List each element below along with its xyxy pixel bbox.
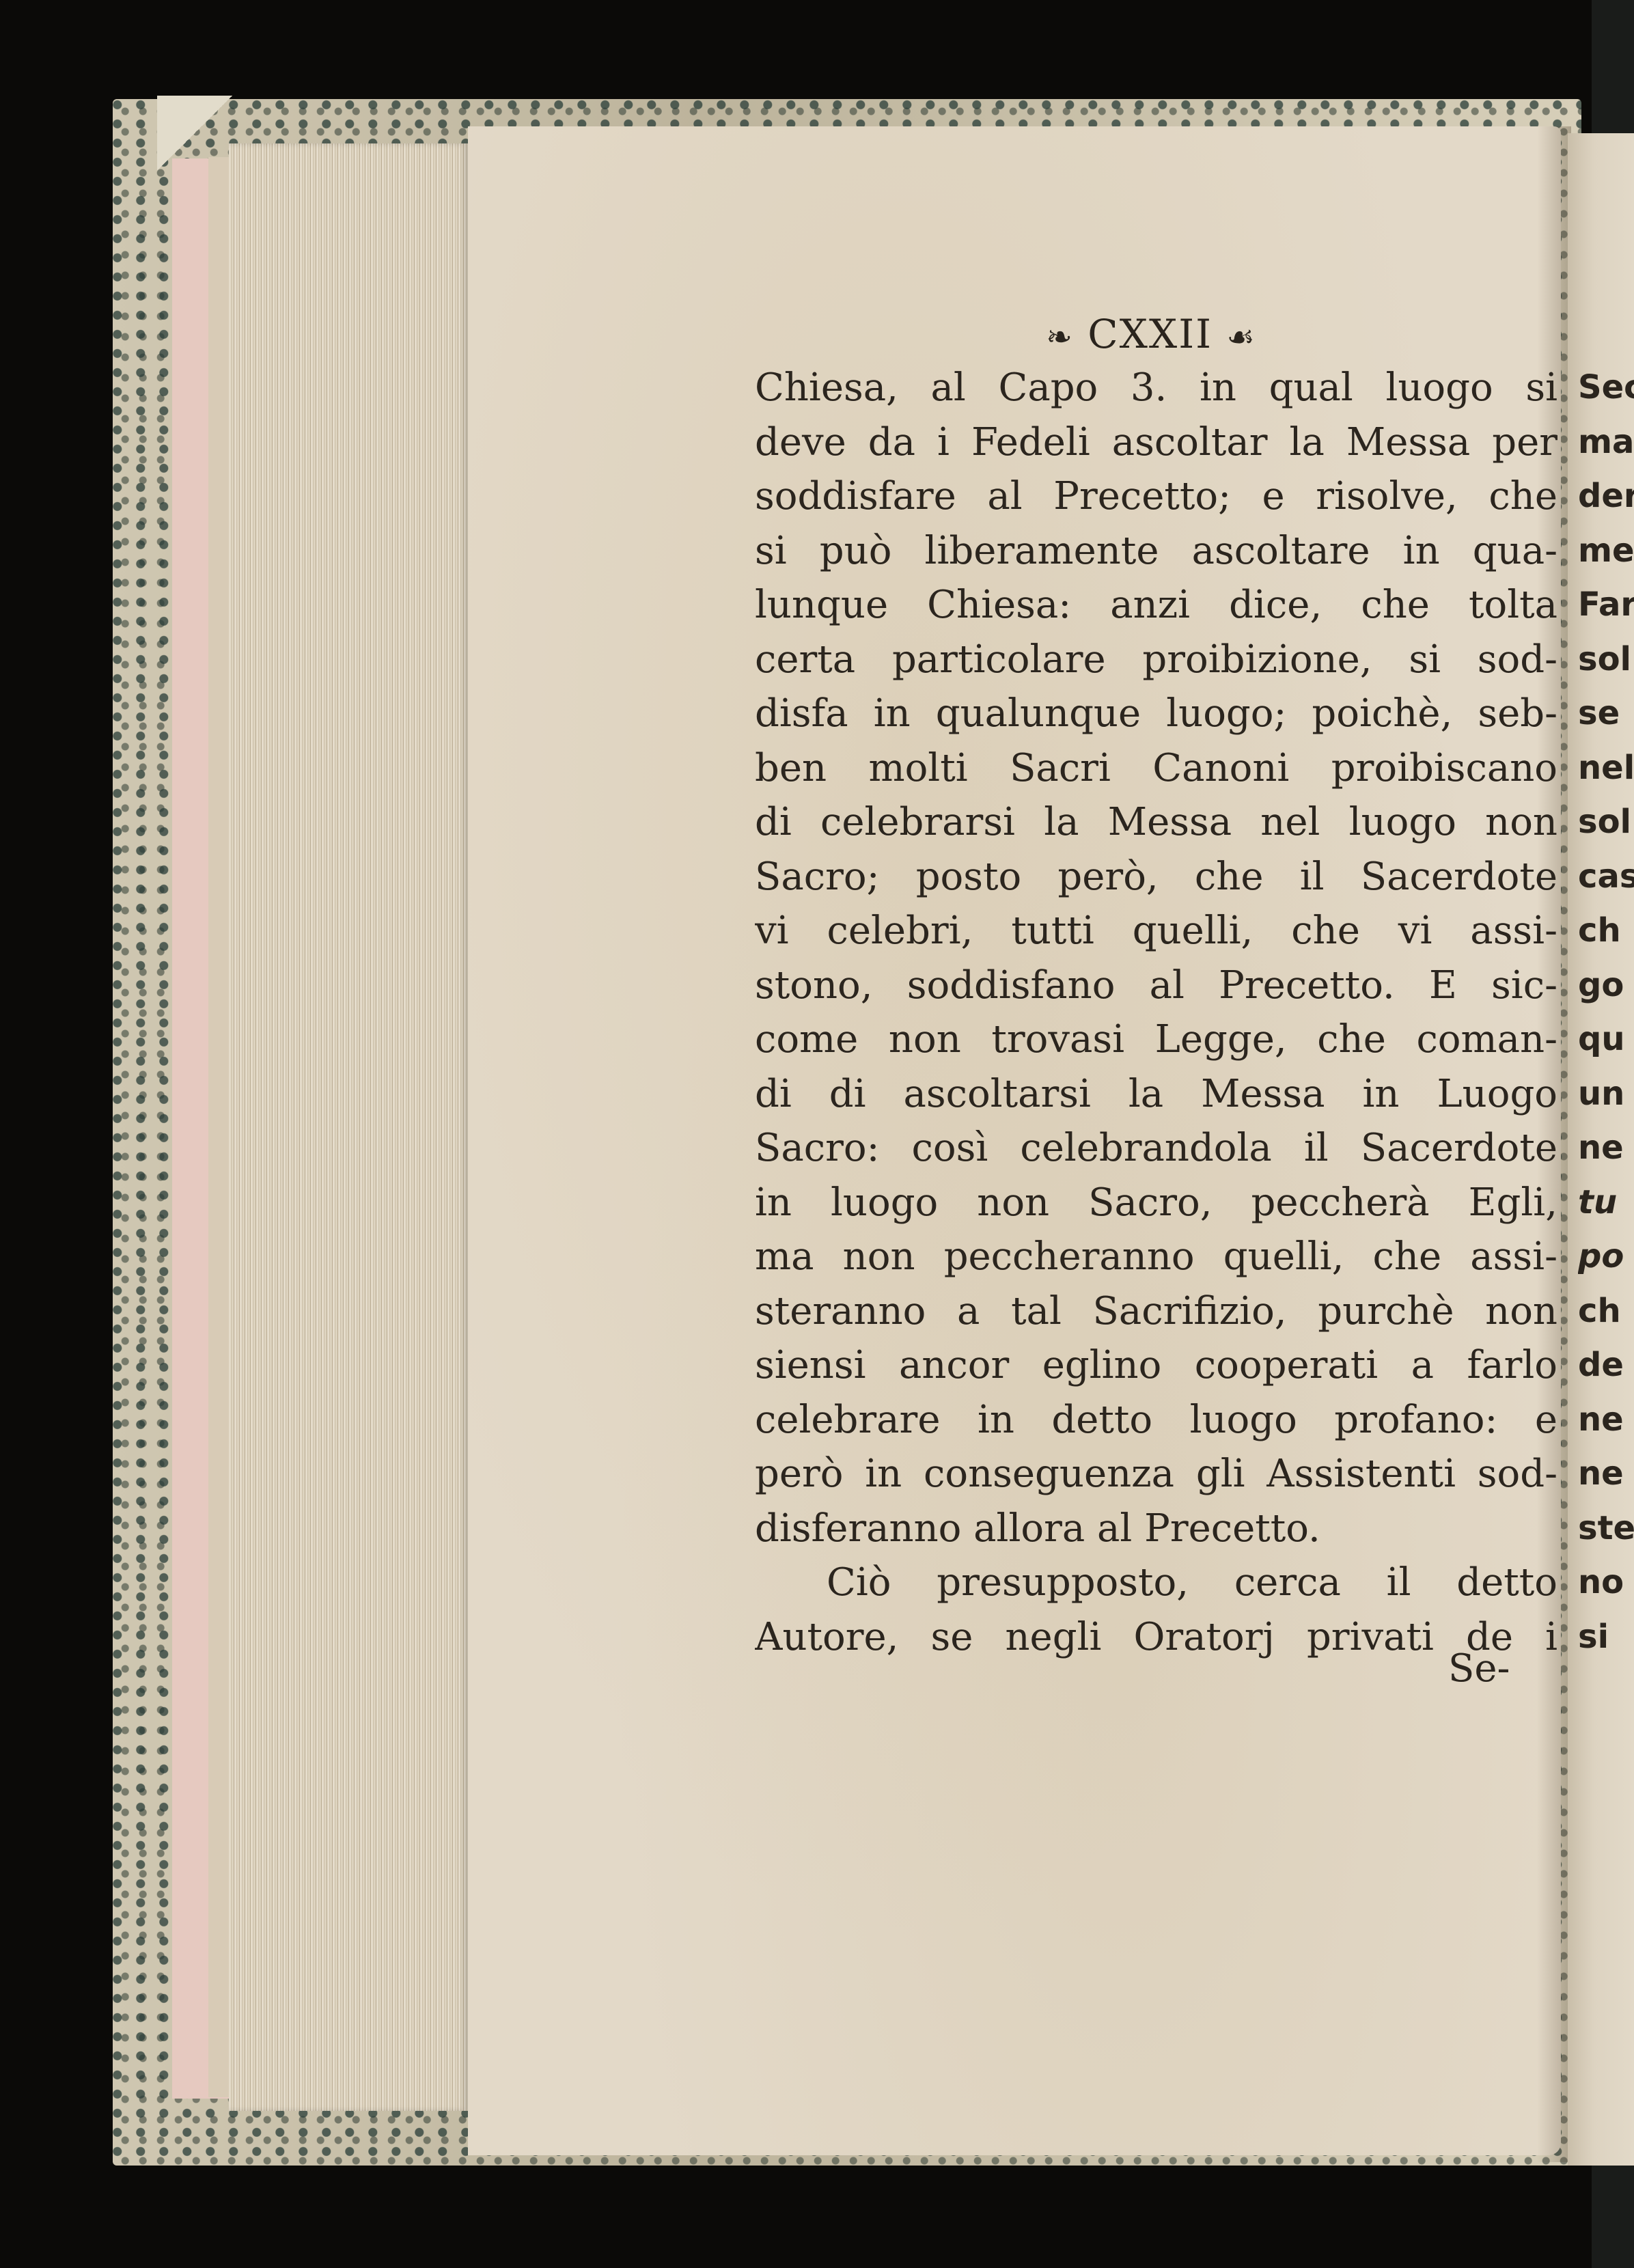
facing-line: Sec [1578,361,1634,415]
facing-line: ne [1578,1121,1634,1176]
facing-line: me [1578,524,1634,579]
text-line: Sacro; posto però, che il Sacerdote [755,850,1557,904]
facing-line: ch [1578,904,1634,958]
text-line: deve da i Fedeli ascoltar la Messa per [755,415,1557,470]
text-line: disferanno allora al Precetto. [755,1502,1557,1556]
page-number: CXXII [1088,311,1213,357]
text-line: stono, soddisfano al Precetto. E sic- [755,958,1557,1013]
facing-line: sol [1578,795,1634,850]
text-line: però in conseguenza gli Assistenti sod- [755,1447,1557,1502]
facing-line: ch [1578,1284,1634,1339]
facing-line: si [1578,1610,1634,1665]
facing-line: go [1578,958,1634,1013]
facing-page-text: Sec ma der me Far sol se nel sol cas ch … [1578,361,1634,1664]
text-line: Sacro: così celebrandola il Sacerdote [755,1121,1557,1176]
text-line: di celebrarsi la Messa nel luogo non [755,795,1557,850]
facing-line: nel [1578,741,1634,796]
facing-line-italic: tu [1578,1176,1634,1230]
text-line: Autore, se negli Oratorj privati de i [755,1610,1557,1665]
facing-line: ma [1578,415,1634,470]
text-line: celebrare in detto luogo profano: e [755,1393,1557,1448]
facing-line: se [1578,687,1634,741]
catchword: Se- [1448,1646,1510,1691]
fleuron-right-icon: ☙ [1226,318,1256,355]
facing-line-italic: po [1578,1230,1634,1284]
facing-line: ne [1578,1393,1634,1448]
text-line: ma non peccheranno quelli, che assi- [755,1230,1557,1284]
facing-line: de [1578,1338,1634,1393]
facing-line: sol [1578,633,1634,687]
stacked-page-edges [229,143,468,2111]
facing-line: cas [1578,850,1634,904]
text-line: Chiesa, al Capo 3. in qual luogo si [755,361,1557,415]
text-line: ben molti Sacri Canoni proibiscano [755,741,1557,796]
text-line: si può liberamente ascoltare in qua- [755,524,1557,579]
text-line: disfa in qualunque luogo; poichè, seb- [755,687,1557,741]
facing-line: qu [1578,1012,1634,1067]
facing-line: Far [1578,578,1634,633]
text-line: certa particolare proibizione, si sod- [755,633,1557,687]
text-line: soddisfare al Precetto; e risolve, che [755,469,1557,524]
facing-line: der [1578,469,1634,524]
text-line: vi celebri, tutti quelli, che vi assi- [755,904,1557,958]
facing-line: ste [1578,1502,1634,1556]
body-text: Chiesa, al Capo 3. in qual luogo si deve… [755,361,1557,1664]
text-line: di di ascoltarsi la Messa in Luogo [755,1067,1557,1122]
facing-line: ne [1578,1447,1634,1502]
text-line-paragraph-start: Ciò presupposto, cerca il detto [755,1555,1557,1610]
page-header: ❧ CXXII ☙ [751,311,1551,357]
text-line: lunque Chiesa: anzi dice, che tolta [755,578,1557,633]
text-line: come non trovasi Legge, che coman- [755,1012,1557,1067]
facing-line: no [1578,1555,1634,1610]
text-line: steranno a tal Sacrifizio, purchè non [755,1284,1557,1339]
text-line: in luogo non Sacro, peccherà Egli, [755,1176,1557,1230]
fleuron-left-icon: ❧ [1046,318,1074,355]
facing-line: un [1578,1067,1634,1122]
text-line: siensi ancor eglino cooperati a farlo [755,1338,1557,1393]
